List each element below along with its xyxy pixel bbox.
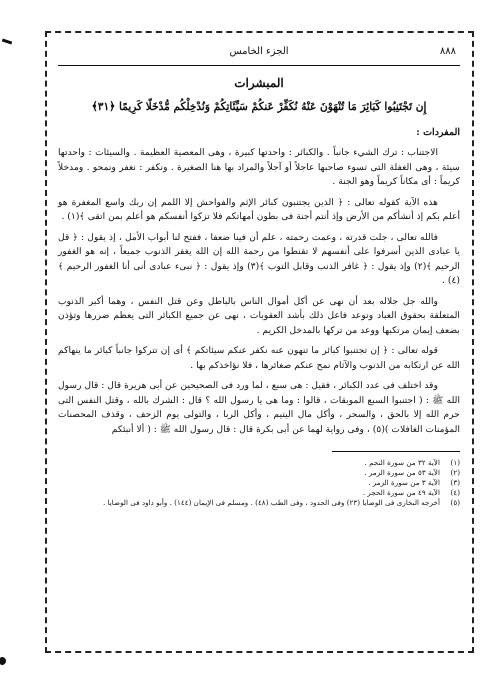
running-header: ٨٨٨ الجزء الخامس [58,40,460,62]
quran-verse: إِن تَجْتَنِبُوا كَبَائِرَ مَا تُنْهَوْن… [66,100,452,113]
footnote-divider [332,451,460,452]
footnote-text: الآية ٥٣ من سورة الزمر . [364,468,440,478]
footnote-number: (٥) [446,498,460,508]
paragraph-major-sins-count: وقد اختلف فى عدد الكبائر ، فقيل : هى سبع… [58,379,460,437]
footnote-text: الآية ٣ من سورة الزمر . [368,478,440,488]
footnote: (٢) الآية ٥٣ من سورة الزمر . [58,468,460,478]
footnote-text: الآية ٣٢ من سورة النجم . [365,458,440,468]
running-title: الجزء الخامس [58,46,460,57]
section-title: المبشرات [58,76,460,90]
footnote-number: (١) [446,458,460,468]
footnotes: (١) الآية ٣٢ من سورة النجم . (٢) الآية ٥… [58,458,460,508]
footnote: (٣) الآية ٣ من سورة الزمر . [58,478,460,488]
footnote-text: أخرجه البخارى فى الوصايا (٢٣) وفى الحدود… [103,498,440,508]
footnote-number: (٣) [446,478,460,488]
scan-artifact-mark [0,657,6,665]
scan-artifact-mark [2,39,12,45]
footnote-number: (٤) [446,488,460,498]
paragraph-prohibition: والله جل جلاله بعد أن نهى عن أكل أموال ا… [58,295,460,339]
paragraph-divine-mercy: فالله تعالى ، جلت قدرته ، وعمت رحمته ، ع… [58,231,460,289]
footnote-number: (٢) [446,468,460,478]
paragraph-vocabulary: الاجتناب : ترك الشيء جانباً . والكبائر :… [58,146,460,190]
footnote: (٥) أخرجه البخارى فى الوصايا (٢٣) وفى ال… [58,498,460,508]
paragraph-verse-explanation: قوله تعالى : ﴿ إن تجتنبوا كبائر ما تنهون… [58,344,460,373]
footnote-text: الآية ٤٩ من سورة الحجر . [363,488,440,498]
vocabulary-heading: المفردات : [58,127,460,138]
paragraph-similar-verse: هذه الآية كقوله تعالى : ﴿ الذين يجتنبون … [58,196,460,225]
book-page: ٨٨٨ الجزء الخامس المبشرات إِن تَجْتَنِبُ… [58,40,460,508]
header-divider [58,65,460,66]
footnote: (١) الآية ٣٢ من سورة النجم . [58,458,460,468]
footnote: (٤) الآية ٤٩ من سورة الحجر . [58,488,460,498]
